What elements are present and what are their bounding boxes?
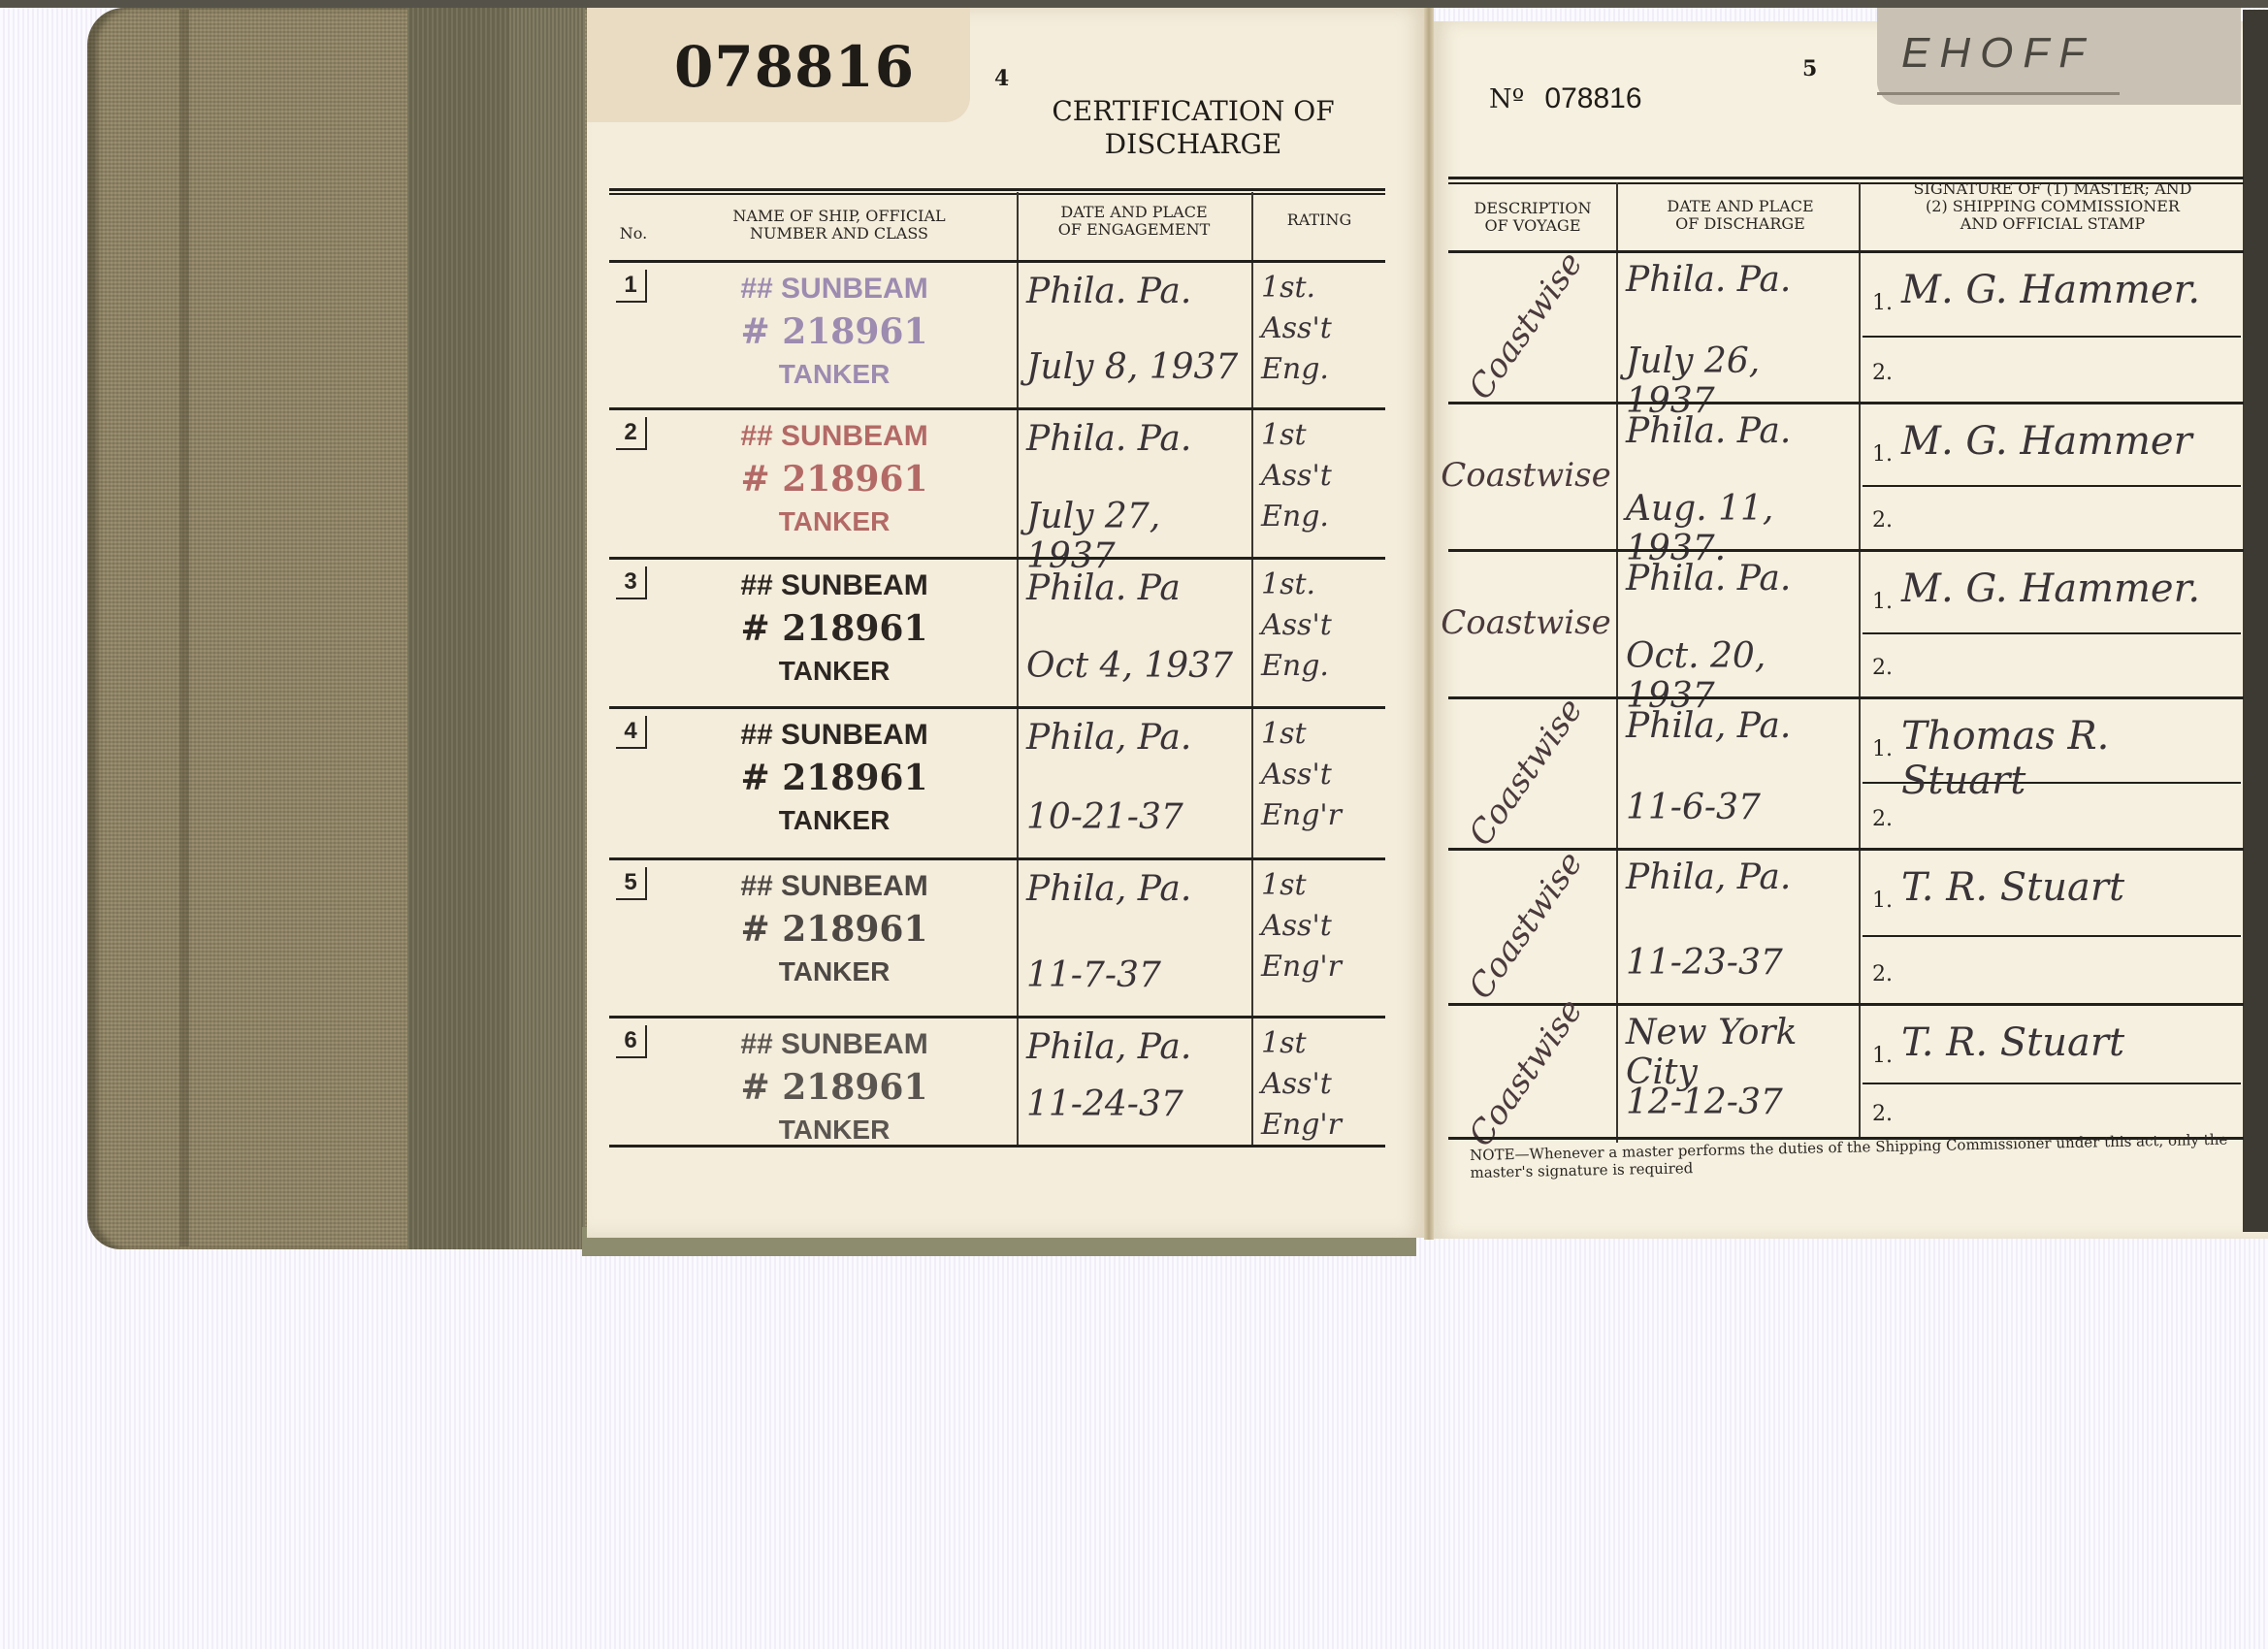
header-top-rule-2: [609, 193, 1385, 195]
ship-name: ## SUNBEAM: [669, 565, 999, 607]
entry-number: 5: [616, 867, 647, 900]
ship-class: TANKER: [669, 799, 999, 842]
signature-label-2: 2.: [1872, 1102, 1893, 1126]
signature-label-1: 1.: [1872, 1044, 1893, 1068]
voyage-description: Coastwise: [1434, 456, 1618, 495]
ship-stamp: ## SUNBEAM# 218961TANKER: [669, 714, 999, 842]
rating-line: 1st.: [1261, 565, 1387, 605]
signature-line: [1863, 485, 2241, 487]
ship-name: ## SUNBEAM: [669, 865, 999, 908]
official-number: # 218961: [669, 607, 999, 650]
signature-line: [1863, 632, 2241, 634]
master-signature: T. R. Stuart: [1901, 865, 2241, 910]
book-gutter: [1424, 8, 1434, 1240]
discharge-place: Phila. Pa.: [1626, 260, 1859, 300]
rating-line: 1st: [1261, 714, 1387, 755]
rating-line: Eng.: [1261, 646, 1387, 687]
engagement-place: Phila. Pa: [1026, 568, 1249, 608]
signature-label-2: 2.: [1872, 656, 1893, 680]
row-rule: [1448, 549, 2244, 552]
rating-line: Eng'r: [1261, 795, 1387, 836]
rating: 1st.Ass'tEng.: [1261, 268, 1387, 390]
cover-fold: [179, 10, 189, 1246]
col-divider: [1616, 182, 1618, 1143]
entry-number: 4: [616, 716, 647, 749]
discharge-date: 11-6-37: [1626, 788, 1859, 827]
official-number: # 218961: [669, 757, 999, 799]
entry-number: 1: [616, 270, 647, 303]
rating-line: Ass't: [1261, 1064, 1387, 1105]
row-rule: [1448, 402, 2244, 404]
rating-line: Ass't: [1261, 605, 1387, 646]
discharge-date: 11-23-37: [1626, 943, 1859, 983]
official-number: # 218961: [669, 1066, 999, 1109]
engagement-date: July 27, 1937: [1026, 497, 1249, 576]
ship-stamp: ## SUNBEAM# 218961TANKER: [669, 415, 999, 543]
ship-class: TANKER: [669, 951, 999, 993]
entry-number: 6: [616, 1025, 647, 1058]
discharge-date: 12-12-37: [1626, 1083, 1859, 1122]
number-label: Nº: [1489, 84, 1524, 114]
title-line-1: CERTIFICATION OF: [1019, 95, 1368, 128]
rating: 1stAss'tEng'r: [1261, 1023, 1387, 1146]
engagement-place: Phila. Pa.: [1026, 272, 1249, 311]
col-header-ship: NAME OF SHIP, OFFICIAL NUMBER AND CLASS: [669, 208, 1009, 242]
discharge-place: Phila. Pa.: [1626, 559, 1859, 598]
row-rule: [609, 407, 1385, 410]
ship-stamp: ## SUNBEAM# 218961TANKER: [669, 1023, 999, 1151]
owner-name: EHOFF: [1901, 29, 2094, 78]
discharge-place: Phila, Pa.: [1626, 706, 1859, 746]
rating-line: Ass't: [1261, 906, 1387, 947]
row-rule: [609, 1016, 1385, 1018]
discharge-place: Phila. Pa.: [1626, 411, 1859, 451]
book-spine: [407, 8, 514, 1249]
col-divider: [1017, 192, 1019, 1148]
engagement-date: 10-21-37: [1026, 797, 1249, 837]
master-signature: M. G. Hammer: [1901, 419, 2241, 464]
rating-line: Eng'r: [1261, 1105, 1387, 1146]
ship-stamp: ## SUNBEAM# 218961TANKER: [669, 565, 999, 693]
voyage-description: Coastwise: [1434, 603, 1618, 642]
master-signature: M. G. Hammer.: [1901, 566, 2241, 611]
col-divider: [1859, 182, 1861, 1138]
ship-class: TANKER: [669, 650, 999, 693]
right-book-number: Nº 078816: [1489, 82, 1642, 115]
page-block-edge: [509, 8, 585, 1249]
rating-line: Ass't: [1261, 308, 1387, 349]
rating: 1stAss'tEng.: [1261, 415, 1387, 537]
ship-stamp: ## SUNBEAM# 218961TANKER: [669, 865, 999, 993]
col-header-no: No.: [609, 225, 658, 242]
col-divider: [1251, 192, 1253, 1148]
engagement-date: 11-7-37: [1026, 955, 1249, 995]
rating: 1stAss'tEng'r: [1261, 865, 1387, 987]
signature-label-1: 1.: [1872, 291, 1893, 315]
left-page-number: 4: [994, 66, 1009, 91]
row-rule: [609, 857, 1385, 860]
number-value: 078816: [1544, 82, 1641, 114]
rating: 1stAss'tEng'r: [1261, 714, 1387, 836]
row-rule: [609, 260, 1385, 263]
rating-line: Eng'r: [1261, 947, 1387, 987]
signature-label-2: 2.: [1872, 807, 1893, 831]
row-rule: [609, 557, 1385, 560]
official-number: # 218961: [669, 908, 999, 951]
back-cover-edge-right: [2243, 10, 2268, 1232]
signature-label-1: 1.: [1872, 737, 1893, 761]
signature-line: [1863, 336, 2241, 338]
signature-label-1: 1.: [1872, 442, 1893, 467]
signature-line: [1863, 1083, 2241, 1084]
engagement-place: Phila, Pa.: [1026, 869, 1249, 909]
discharge-place: Phila, Pa.: [1626, 857, 1859, 897]
col-header-voyage: DESCRIPTION OF VOYAGE: [1450, 200, 1615, 235]
signature-label-2: 2.: [1872, 361, 1893, 385]
rating-line: 1st: [1261, 1023, 1387, 1064]
col-header-signature: SIGNATURE OF (1) MASTER; AND (2) SHIPPIN…: [1863, 180, 2243, 233]
engagement-place: Phila, Pa.: [1026, 1027, 1249, 1067]
rating-line: Ass't: [1261, 456, 1387, 497]
ship-name: ## SUNBEAM: [669, 1023, 999, 1066]
master-signature: M. G. Hammer.: [1901, 268, 2241, 312]
book-number: 078816: [674, 34, 915, 100]
signature-label-1: 1.: [1872, 590, 1893, 614]
signature-label-1: 1.: [1872, 889, 1893, 913]
rating: 1st.Ass'tEng.: [1261, 565, 1387, 687]
official-number: # 218961: [669, 458, 999, 501]
signature-line: [1863, 935, 2241, 937]
ship-class: TANKER: [669, 353, 999, 396]
engagement-place: Phila. Pa.: [1026, 419, 1249, 459]
engagement-date: 11-24-37: [1026, 1084, 1249, 1124]
rating-line: 1st: [1261, 865, 1387, 906]
entry-number: 3: [616, 566, 647, 599]
col-header-engagement: DATE AND PLACE OF ENGAGEMENT: [1019, 204, 1249, 239]
engagement-date: July 8, 1937: [1026, 347, 1249, 387]
col-header-discharge: DATE AND PLACE OF DISCHARGE: [1622, 198, 1859, 233]
rating-line: 1st.: [1261, 268, 1387, 308]
discharge-place: New York City: [1626, 1013, 1859, 1092]
title-line-2: DISCHARGE: [1019, 128, 1368, 161]
engagement-place: Phila, Pa.: [1026, 718, 1249, 758]
entry-number: 2: [616, 417, 647, 450]
rating-line: Eng.: [1261, 349, 1387, 390]
signature-label-2: 2.: [1872, 962, 1893, 986]
discharge-date: Oct. 20, 1937: [1626, 636, 1859, 716]
header-top-rule: [609, 188, 1385, 191]
right-page-number: 5: [1802, 56, 1817, 81]
official-number: # 218961: [669, 310, 999, 353]
rating-line: Eng.: [1261, 497, 1387, 537]
ship-name: ## SUNBEAM: [669, 415, 999, 458]
page-title: CERTIFICATION OF DISCHARGE: [1019, 95, 1368, 161]
col-header-rating: RATING: [1253, 211, 1385, 229]
signature-label-2: 2.: [1872, 508, 1893, 533]
ship-name: ## SUNBEAM: [669, 714, 999, 757]
ship-name: ## SUNBEAM: [669, 268, 999, 310]
table-bottom-rule: [609, 1145, 1385, 1148]
ship-stamp: ## SUNBEAM# 218961TANKER: [669, 268, 999, 396]
rating-line: Ass't: [1261, 755, 1387, 795]
master-signature: Thomas R. Stuart: [1901, 714, 2241, 803]
owner-tab-rule: [1877, 92, 2120, 95]
discharge-date: July 26, 1937: [1626, 341, 1859, 421]
discharge-date: Aug. 11, 1937.: [1626, 489, 1859, 568]
rating-line: 1st: [1261, 415, 1387, 456]
engagement-date: Oct 4, 1937: [1026, 646, 1249, 686]
row-rule: [609, 706, 1385, 709]
scanner-edge: [0, 0, 2268, 8]
master-signature: T. R. Stuart: [1901, 1020, 2241, 1065]
ship-class: TANKER: [669, 501, 999, 543]
